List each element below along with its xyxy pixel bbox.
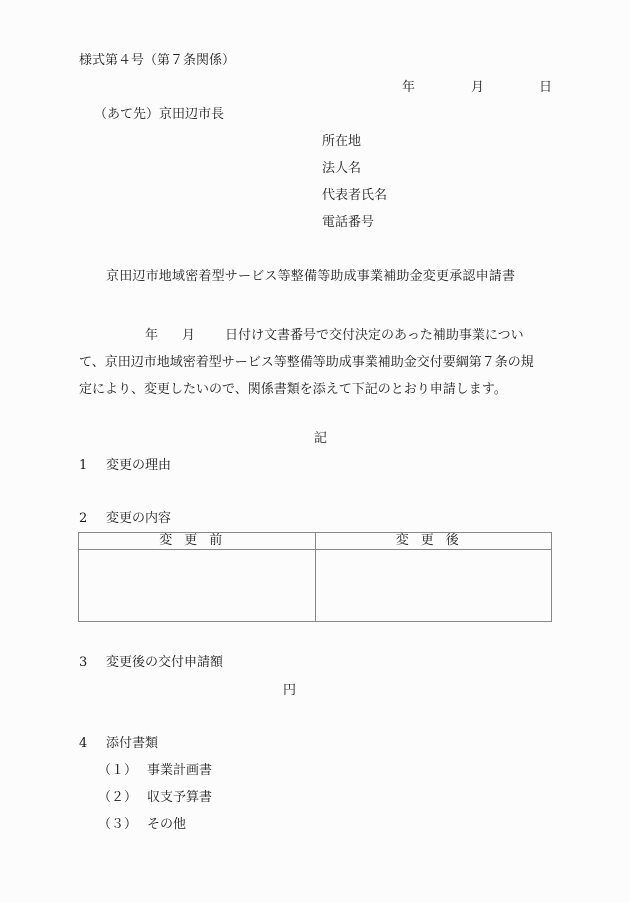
body-line-2: て、京田辺市地域密着型サービス等整備等助成事業補助金交付要綱第７条の規 bbox=[79, 349, 553, 376]
document-title: 京田辺市地域密着型サービス等整備等助成事業補助金変更承認申請書 bbox=[106, 269, 515, 285]
section-number: 1 bbox=[79, 458, 106, 474]
body-line-1-rest: 日付け文書番号で交付決定のあった補助事業につい bbox=[225, 328, 524, 343]
attachment-item-3: （３）その他 bbox=[98, 817, 186, 833]
attachment-label: 事業計画書 bbox=[147, 763, 212, 778]
section-3: 3変更後の交付申請額 bbox=[79, 655, 223, 671]
attachment-item-1: （１）事業計画書 bbox=[98, 763, 212, 779]
addressee: （あて先）京田辺市長 bbox=[94, 107, 224, 123]
body-month: 月 bbox=[182, 328, 195, 343]
body-paragraph: 年月日付け文書番号で交付決定のあった補助事業につい て、京田辺市地域密着型サービ… bbox=[79, 322, 553, 403]
section-number: 4 bbox=[79, 736, 106, 752]
applicant-corp-name-label: 法人名 bbox=[322, 161, 361, 177]
attachment-item-2: （２）収支予算書 bbox=[98, 790, 212, 806]
ki-heading: 記 bbox=[314, 431, 327, 447]
attachment-number: （１） bbox=[98, 763, 147, 779]
form-number: 様式第４号（第７条関係） bbox=[79, 53, 235, 69]
applicant-representative-label: 代表者氏名 bbox=[322, 188, 387, 204]
section-4: 4添付書類 bbox=[79, 736, 158, 752]
change-table: 変更前 変更後 bbox=[78, 532, 552, 622]
attachment-label: 収支予算書 bbox=[147, 790, 212, 805]
body-line-3: 定により、変更したいので、関係書類を添えて下記のとおり申請します。 bbox=[79, 376, 553, 403]
section-label: 変更の理由 bbox=[106, 458, 171, 473]
cell-before-change bbox=[79, 550, 316, 622]
amount-unit-yen: 円 bbox=[283, 683, 296, 699]
cell-after-change bbox=[315, 550, 552, 622]
section-number: 3 bbox=[79, 655, 106, 671]
section-label: 変更の内容 bbox=[106, 511, 171, 526]
section-2: 2変更の内容 bbox=[79, 511, 171, 527]
header-before-change: 変更前 bbox=[79, 533, 316, 550]
attachment-number: （３） bbox=[98, 817, 147, 833]
attachment-number: （２） bbox=[98, 790, 147, 806]
section-label: 添付書類 bbox=[106, 736, 158, 751]
header-after-change: 変更後 bbox=[315, 533, 552, 550]
section-number: 2 bbox=[79, 511, 106, 527]
applicant-phone-label: 電話番号 bbox=[322, 215, 374, 231]
section-label: 変更後の交付申請額 bbox=[106, 655, 223, 670]
date-month-label: 月 bbox=[471, 80, 484, 96]
body-year: 年 bbox=[145, 328, 158, 343]
body-line-1: 年月日付け文書番号で交付決定のあった補助事業につい bbox=[79, 322, 553, 349]
table-header-row: 変更前 変更後 bbox=[79, 533, 552, 550]
table-row bbox=[79, 550, 552, 622]
date-day-label: 日 bbox=[539, 80, 552, 96]
attachment-label: その他 bbox=[147, 817, 186, 832]
date-year-label: 年 bbox=[402, 80, 415, 96]
section-1: 1変更の理由 bbox=[79, 458, 171, 474]
applicant-address-label: 所在地 bbox=[322, 134, 361, 150]
